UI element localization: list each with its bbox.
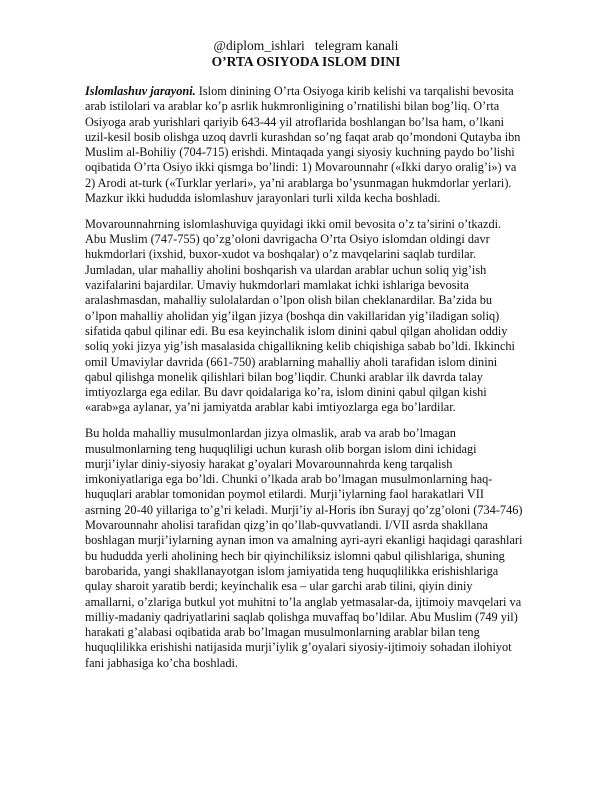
document-page: @diplom_ishlari telegram kanali O’RTA OS… bbox=[0, 0, 612, 792]
paragraph-line: uzil-kesil bosib olishga uzoq davrli kur… bbox=[85, 130, 555, 145]
paragraph-line: Islomlashuv jarayoni. Islom dinining O’r… bbox=[85, 84, 555, 99]
paragraph-line: harakati g’alabasi oqibatida arab bo’lma… bbox=[85, 625, 555, 640]
paragraph-line: sifatida qabul qilinar edi. Bu esa keyin… bbox=[85, 324, 555, 339]
paragraph-line: Abu Muslim (747-755) qo’zg’oloni davriga… bbox=[85, 232, 555, 247]
paragraph-line: soliq yoki jizya yig’ish masalasida chig… bbox=[85, 339, 555, 354]
paragraph-line: o’lpon mahalliy aholidan yig’ilgan jizya… bbox=[85, 309, 555, 324]
paragraph-line: bu hududda yerli aholining hech bir qiyi… bbox=[85, 549, 555, 564]
section-lead: Islomlashuv jarayoni. bbox=[85, 84, 196, 98]
paragraph-line: oqibatida O’rta Osiyo ikki qismga bo’lin… bbox=[85, 160, 555, 175]
paragraph-3: Bu holda mahalliy musulmonlardan jizya o… bbox=[85, 426, 555, 671]
paragraph-line: Movarounnahr aholisi tarafidan qizg’in q… bbox=[85, 518, 555, 533]
page-title: O’RTA OSIYODA ISLOM DINI bbox=[0, 54, 612, 70]
paragraph-line: imtiyozlarga ega edilar. Bu davr qoidala… bbox=[85, 385, 555, 400]
paragraph-line: huquqlilikka erishishi natijasida murji’… bbox=[85, 640, 555, 655]
paragraph-line: imkoniyatlariga ega bo’ldi. Chunki o’lka… bbox=[85, 472, 555, 487]
paragraph-line: qabul qilishga monelik qilishlari bilan … bbox=[85, 370, 555, 385]
paragraph-line: Bu holda mahalliy musulmonlardan jizya o… bbox=[85, 426, 555, 441]
paragraph-line: arab istilolari va arablar ko’p asrlik h… bbox=[85, 99, 555, 114]
paragraph-line: boshlagan murji’iylarning aynan imon va … bbox=[85, 533, 555, 548]
paragraph-line: «arab»ga aylanar, ya’ni jamiyatda arabla… bbox=[85, 400, 555, 415]
paragraph-line: hukmdorlari (ixshid, buxor-xudot va bosh… bbox=[85, 247, 555, 262]
paragraph-line: milliy-madaniy qadriyatlarini saqlab qol… bbox=[85, 610, 555, 625]
paragraph-line: aralashmasdan, mahalliy sulolalardan o’l… bbox=[85, 293, 555, 308]
channel-caption: @diplom_ishlari telegram kanali bbox=[0, 38, 612, 54]
paragraph-line: Mazkur ikki hududda islomlashuv jarayonl… bbox=[85, 191, 555, 206]
paragraph-line: Movarounnahrning islomlashuviga quyidagi… bbox=[85, 217, 555, 232]
paragraph-line: amallarni, o’zlariga butkul yot muhitni … bbox=[85, 595, 555, 610]
paragraph-line: huquqlari arablar tomonidan poymol etila… bbox=[85, 487, 555, 502]
paragraph-line: vazifalarini bajardilar. Umaviy hukmdorl… bbox=[85, 278, 555, 293]
paragraph-line: barobarida, yangi shakllanayotgan islom … bbox=[85, 564, 555, 579]
page-header: @diplom_ishlari telegram kanali O’RTA OS… bbox=[0, 38, 612, 70]
paragraph-1: Islomlashuv jarayoni. Islom dinining O’r… bbox=[85, 84, 555, 206]
paragraph-line: fani jabhasiga ko’cha boshladi. bbox=[85, 656, 555, 671]
paragraph-line: 2) Arodi at-turk («Turklar yerlari», ya’… bbox=[85, 176, 555, 191]
paragraph-line: Osiyoga arab yurishlari qariyib 643-44 y… bbox=[85, 115, 555, 130]
paragraph-line: qulay sharoit yaratib berdi; keyinchalik… bbox=[85, 579, 555, 594]
paragraph-line: musulmonlarning teng huquqliligi uchun k… bbox=[85, 442, 555, 457]
paragraph-line: Jumladan, ular mahalliy aholini boshqari… bbox=[85, 263, 555, 278]
paragraph-line: asrning 20-40 yillariga to’g’ri keladi. … bbox=[85, 503, 555, 518]
paragraph-line: Muslim al-Bohiliy (704-715) erishdi. Min… bbox=[85, 145, 555, 160]
paragraph-line: murji’iylar diniy-siyosiy harakat g’oyal… bbox=[85, 457, 555, 472]
paragraph-line: omil Umaviylar davrida (661-750) arablar… bbox=[85, 355, 555, 370]
paragraph-2: Movarounnahrning islomlashuviga quyidagi… bbox=[85, 217, 555, 416]
document-body: Islomlashuv jarayoni. Islom dinining O’r… bbox=[85, 84, 555, 681]
